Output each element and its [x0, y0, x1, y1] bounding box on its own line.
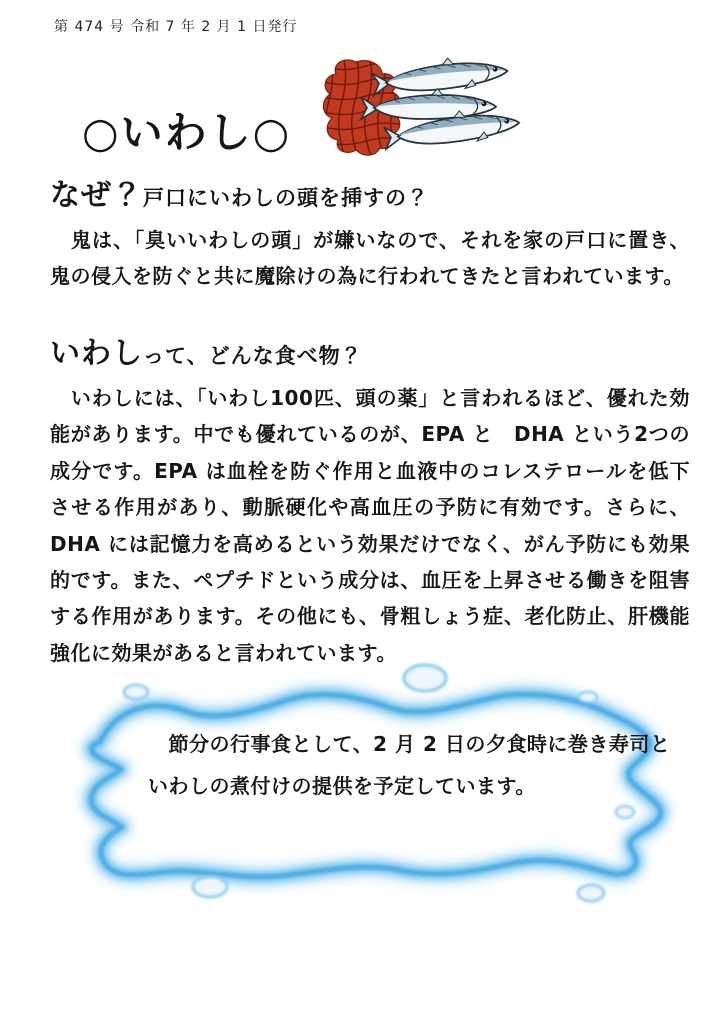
- newsletter-page: { "page": { "header": "第 474 号 令和 7 年 2 …: [0, 0, 724, 1024]
- section-body: いわしには、「いわし100匹、頭の薬」と言われるほど、優れた効能があります。中で…: [50, 380, 690, 671]
- heading-lead: いわし: [50, 336, 143, 371]
- section-heading: いわしって、どんな食べ物？: [50, 328, 690, 372]
- issue-header: 第 474 号 令和 7 年 2 月 1 日発行: [54, 16, 298, 36]
- heading-rest: 戸口にいわしの頭を挿すの？: [143, 186, 429, 210]
- section-what-food: いわしって、どんな食べ物？ いわしには、「いわし100匹、頭の薬」と言われるほど…: [50, 328, 690, 671]
- section-body: 鬼は、「臭いいわしの頭」が嫌いなので、それを家の戸口に置き、鬼の侵入を防ぐと共に…: [50, 222, 690, 295]
- heading-lead: なぜ？: [50, 178, 143, 213]
- callout-line-1: 節分の行事食として、2 月 2 日の夕食時に巻き寿司と: [148, 731, 598, 757]
- section-heading: なぜ？戸口にいわしの頭を挿すの？: [50, 170, 690, 214]
- sardines-net-illustration: [316, 46, 526, 161]
- callout-announcement: 節分の行事食として、2 月 2 日の夕食時に巻き寿司と いわしの煮付けの提供を予…: [148, 731, 598, 815]
- callout-line-2: いわしの煮付けの提供を予定しています。: [148, 773, 598, 799]
- page-title: ○いわし○: [82, 100, 291, 160]
- section-why-sardine-head: なぜ？戸口にいわしの頭を挿すの？ 鬼は、「臭いいわしの頭」が嫌いなので、それを家…: [50, 170, 690, 295]
- heading-rest: って、どんな食べ物？: [143, 344, 363, 368]
